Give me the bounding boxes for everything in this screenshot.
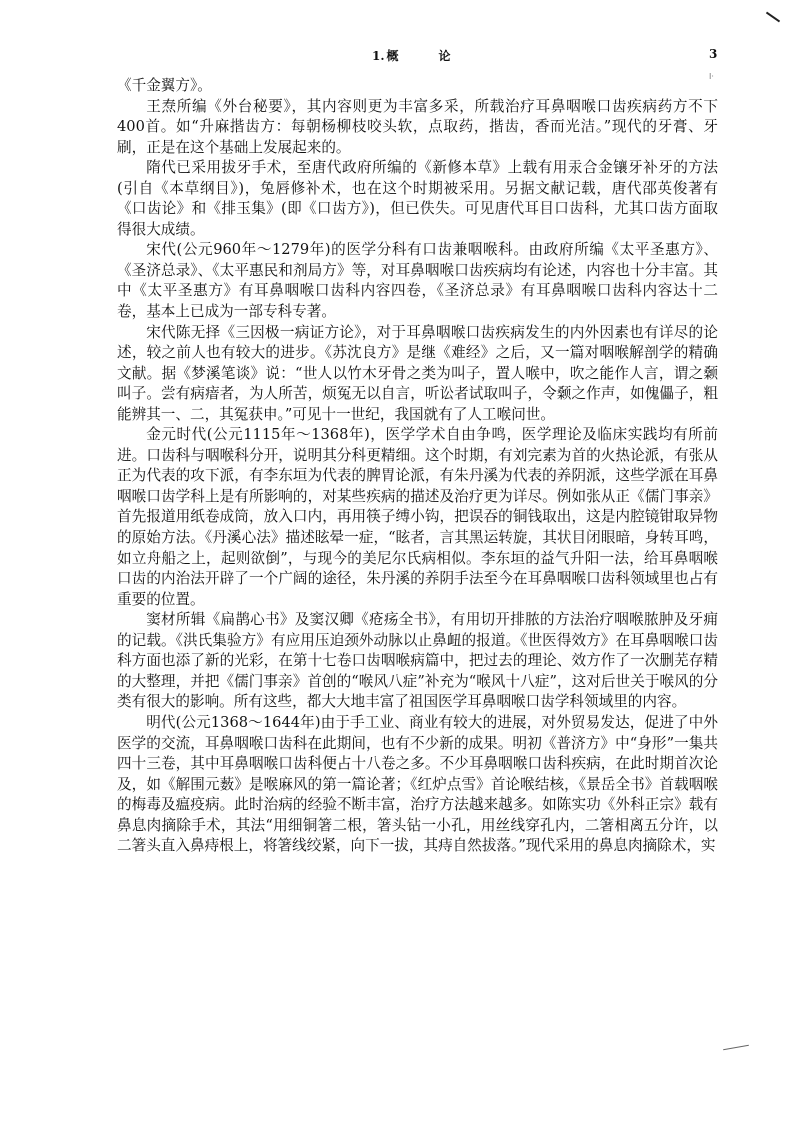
section-title-part2: 论	[439, 49, 451, 63]
running-title: 1.概论	[372, 47, 451, 64]
paragraph: 宋代(公元960年～1279年)的医学分科有口齿兼咽喉科。由政府所编《太平圣惠方…	[117, 240, 718, 322]
page-number: 3	[709, 47, 717, 61]
paragraph: 《千金翼方》。	[117, 76, 718, 97]
paragraph: 金元时代(公元1115年～1368年)，医学学术自由争鸣，医学理论及临床实践均有…	[117, 425, 718, 610]
body-text: 《千金翼方》。 王焘所编《外台秘要》，其内容则更为丰富多采，所载治疗耳鼻咽喉口齿…	[117, 76, 718, 857]
paragraph: 王焘所编《外台秘要》，其内容则更为丰富多采，所载治疗耳鼻咽喉口齿疾病药方不下40…	[117, 97, 718, 159]
section-number: 1.	[372, 49, 385, 63]
paragraph: 宋代陈无择《三因极一病证方论》，对于耳鼻咽喉口齿疾病发生的内外因素也有详尽的论述…	[117, 323, 718, 426]
paragraph: 明代(公元1368～1644年)由于手工业、商业有较大的进展，对外贸易发达，促进…	[117, 713, 718, 857]
scan-artifact-mark	[766, 12, 780, 23]
scan-artifact-mark	[723, 1045, 749, 1050]
section-title-part1: 概	[387, 49, 399, 63]
paragraph: 窦材所辑《扁鹊心书》及窦汉卿《疮疡全书》，有用切开排脓的方法治疗咽喉脓肿及牙痈的…	[117, 610, 718, 713]
page-header: 1.概论 3	[0, 47, 793, 65]
paragraph: 隋代已采用拔牙手术，至唐代政府所编的《新修本草》上载有用汞合金镶牙补牙的方法(引…	[117, 158, 718, 240]
